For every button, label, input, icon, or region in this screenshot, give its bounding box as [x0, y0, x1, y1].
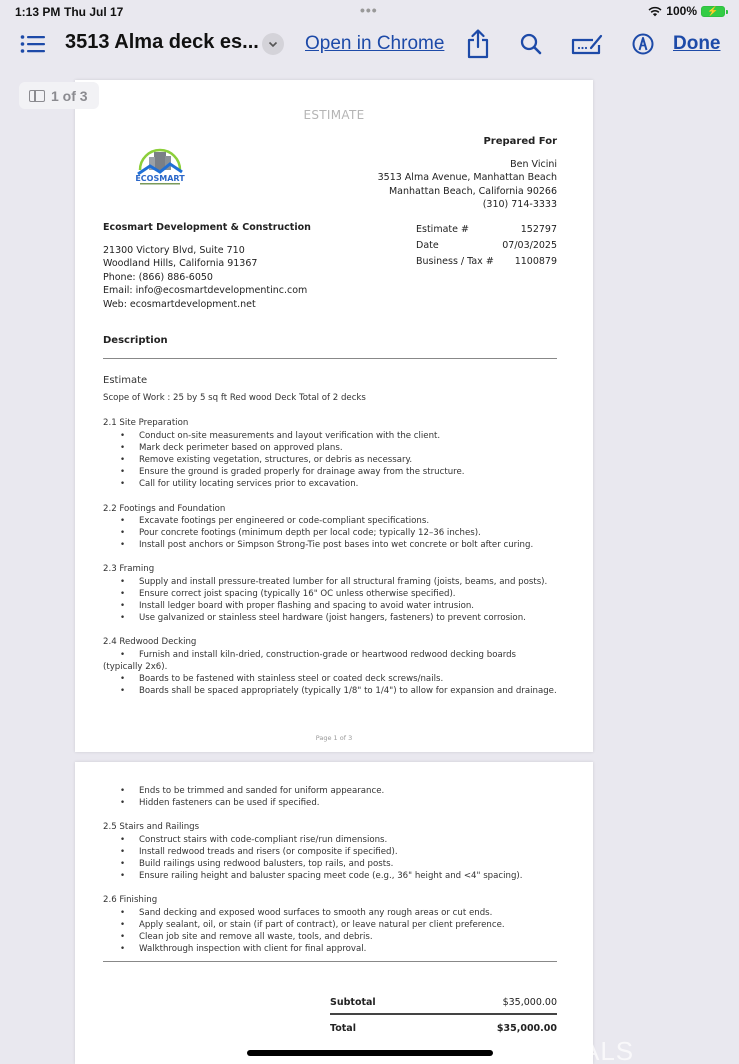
section-title: 2.5 Stairs and Railings — [103, 821, 557, 833]
meta-label: Date — [416, 238, 439, 254]
done-button[interactable]: Done — [673, 26, 721, 62]
sidebar-icon — [29, 90, 45, 102]
list-item: Install redwood treads and risers (or co… — [103, 846, 557, 858]
document-title[interactable]: 3513 Alma deck es... — [65, 31, 259, 54]
company-phone: Phone: (866) 886-6050 — [103, 271, 311, 285]
list-item: Walkthrough inspection with client for f… — [103, 943, 557, 955]
scope-section: 2.6 FinishingSand decking and exposed wo… — [103, 894, 557, 955]
status-time: 1:13 PM — [15, 5, 60, 19]
prepared-for-block: Prepared For Ben Vicini 3513 Alma Avenue… — [378, 135, 557, 212]
subtotal-row: Subtotal $35,000.00 — [330, 992, 557, 1012]
toolbar: 3513 Alma deck es... Open in Chrome Done — [0, 26, 739, 62]
pdf-page-1[interactable]: ESTIMATE ECOSMART Prepared For Ben Vicin… — [75, 80, 593, 752]
list-item: Sand decking and exposed wood surfaces t… — [103, 907, 557, 919]
page-indicator[interactable]: 1 of 3 — [19, 82, 99, 109]
share-icon[interactable] — [466, 26, 490, 62]
section-title: 2.4 Redwood Decking — [103, 636, 557, 648]
list-item: Apply sealant, oil, or stain (if part of… — [103, 919, 557, 931]
scope-section: 2.4 Redwood DeckingFurnish and install k… — [103, 636, 557, 697]
list-item: Boards shall be spaced appropriately (ty… — [103, 685, 557, 697]
svg-text:ECOSMART: ECOSMART — [135, 174, 185, 183]
list-item: Conduct on-site measurements and layout … — [103, 430, 557, 442]
list-item: Hidden fasteners can be used if specifie… — [103, 797, 557, 809]
subtotal-value: $35,000.00 — [503, 997, 557, 1008]
list-item: Use galvanized or stainless steel hardwa… — [103, 612, 557, 624]
client-name: Ben Vicini — [378, 158, 557, 172]
meta-row: Business / Tax # 1100879 — [416, 254, 557, 270]
estimate-heading: ESTIMATE — [75, 108, 593, 122]
list-item: Build railings using redwood balusters, … — [103, 858, 557, 870]
client-address-2: Manhattan Beach, California 90266 — [378, 185, 557, 199]
meta-row: Estimate # 152797 — [416, 222, 557, 238]
markup-icon[interactable] — [632, 26, 654, 62]
list-item: Ends to be trimmed and sanded for unifor… — [103, 785, 557, 797]
company-email: Email: info@ecosmartdevelopmentinc.com — [103, 284, 311, 298]
scope-body-continued: Ends to be trimmed and sanded for unifor… — [103, 785, 557, 967]
total-row: Total $35,000.00 — [330, 1019, 557, 1039]
meta-label: Estimate # — [416, 222, 469, 238]
battery-percent: 100% — [666, 4, 697, 18]
divider — [103, 961, 557, 962]
signature-icon[interactable] — [571, 26, 603, 62]
list-item: Ensure the ground is graded properly for… — [103, 466, 557, 478]
list-item: Supply and install pressure-treated lumb… — [103, 576, 557, 588]
list-item: Clean job site and remove all waste, too… — [103, 931, 557, 943]
total-label: Total — [330, 1023, 356, 1034]
list-icon[interactable] — [20, 26, 48, 62]
scope-of-work: Scope of Work : 25 by 5 sq ft Red wood D… — [103, 392, 557, 404]
multitasking-dots[interactable]: ••• — [360, 2, 378, 18]
totals-divider — [330, 1013, 557, 1015]
watermark: ALS — [582, 1036, 634, 1064]
list-item: Mark deck perimeter based on approved pl… — [103, 442, 557, 454]
divider — [103, 358, 557, 359]
client-address-1: 3513 Alma Avenue, Manhattan Beach — [378, 171, 557, 185]
totals-table: Subtotal $35,000.00 Total $35,000.00 — [330, 992, 557, 1039]
status-indicators: 100% ⚡ — [648, 4, 725, 18]
scope-section: 2.5 Stairs and RailingsConstruct stairs … — [103, 821, 557, 882]
list-item: Excavate footings per engineered or code… — [103, 515, 557, 527]
home-indicator[interactable] — [247, 1050, 493, 1056]
subtotal-label: Subtotal — [330, 997, 376, 1008]
status-bar: 1:13 PM Thu Jul 17 ••• 100% ⚡ — [0, 0, 739, 22]
list-item: Call for utility locating services prior… — [103, 478, 557, 490]
scope-section: 2.3 FramingSupply and install pressure-t… — [103, 563, 557, 624]
company-address-2: Woodland Hills, California 91367 — [103, 257, 311, 271]
section-title: 2.3 Framing — [103, 563, 557, 575]
prepared-for-heading: Prepared For — [378, 135, 557, 149]
list-item: Remove existing vegetation, structures, … — [103, 454, 557, 466]
list-item: Install post anchors or Simpson Strong-T… — [103, 539, 557, 551]
total-value: $35,000.00 — [497, 1023, 557, 1034]
pdf-page-2[interactable]: Ends to be trimmed and sanded for unifor… — [75, 762, 593, 1064]
meta-value: 152797 — [521, 222, 557, 238]
company-block: Ecosmart Development & Construction 2130… — [103, 221, 311, 311]
list-item: Ensure correct joist spacing (typically … — [103, 588, 557, 600]
scope-section: 2.1 Site PreparationConduct on-site meas… — [103, 417, 557, 490]
company-web: Web: ecosmartdevelopment.net — [103, 298, 311, 312]
meta-label: Business / Tax # — [416, 254, 494, 270]
meta-value: 07/03/2025 — [502, 238, 557, 254]
list-item: Install ledger board with proper flashin… — [103, 600, 557, 612]
battery-charging-icon: ⚡ — [701, 6, 725, 17]
page-footer: Page 1 of 3 — [75, 734, 593, 742]
client-phone: (310) 714-3333 — [378, 198, 557, 212]
continued-items: Ends to be trimmed and sanded for unifor… — [103, 785, 557, 809]
description-heading: Description — [103, 335, 168, 346]
search-icon[interactable] — [519, 26, 543, 62]
section-title: 2.6 Finishing — [103, 894, 557, 906]
page-count: 1 of 3 — [51, 88, 88, 104]
open-in-chrome-button[interactable]: Open in Chrome — [305, 26, 444, 62]
meta-value: 1100879 — [515, 254, 557, 270]
list-item: Pour concrete footings (minimum depth pe… — [103, 527, 557, 539]
chevron-down-icon[interactable] — [262, 33, 284, 55]
scope-section: 2.2 Footings and FoundationExcavate foot… — [103, 503, 557, 552]
estimate-label: Estimate — [103, 375, 557, 387]
status-date: Thu Jul 17 — [64, 5, 123, 19]
list-item: Ensure railing height and baluster spaci… — [103, 870, 557, 882]
meta-row: Date 07/03/2025 — [416, 238, 557, 254]
list-item: Construct stairs with code-compliant ris… — [103, 834, 557, 846]
ecosmart-logo: ECOSMART — [132, 146, 188, 188]
estimate-meta-table: Estimate # 152797 Date 07/03/2025 Busine… — [416, 222, 557, 270]
wifi-icon — [648, 6, 662, 17]
section-title: 2.1 Site Preparation — [103, 417, 557, 429]
scope-body: Estimate Scope of Work : 25 by 5 sq ft R… — [103, 375, 557, 709]
company-address-1: 21300 Victory Blvd, Suite 710 — [103, 244, 311, 258]
section-title: 2.2 Footings and Foundation — [103, 503, 557, 515]
list-item: Furnish and install kiln-dried, construc… — [103, 649, 557, 673]
list-item: Boards to be fastened with stainless ste… — [103, 673, 557, 685]
company-name: Ecosmart Development & Construction — [103, 221, 311, 235]
